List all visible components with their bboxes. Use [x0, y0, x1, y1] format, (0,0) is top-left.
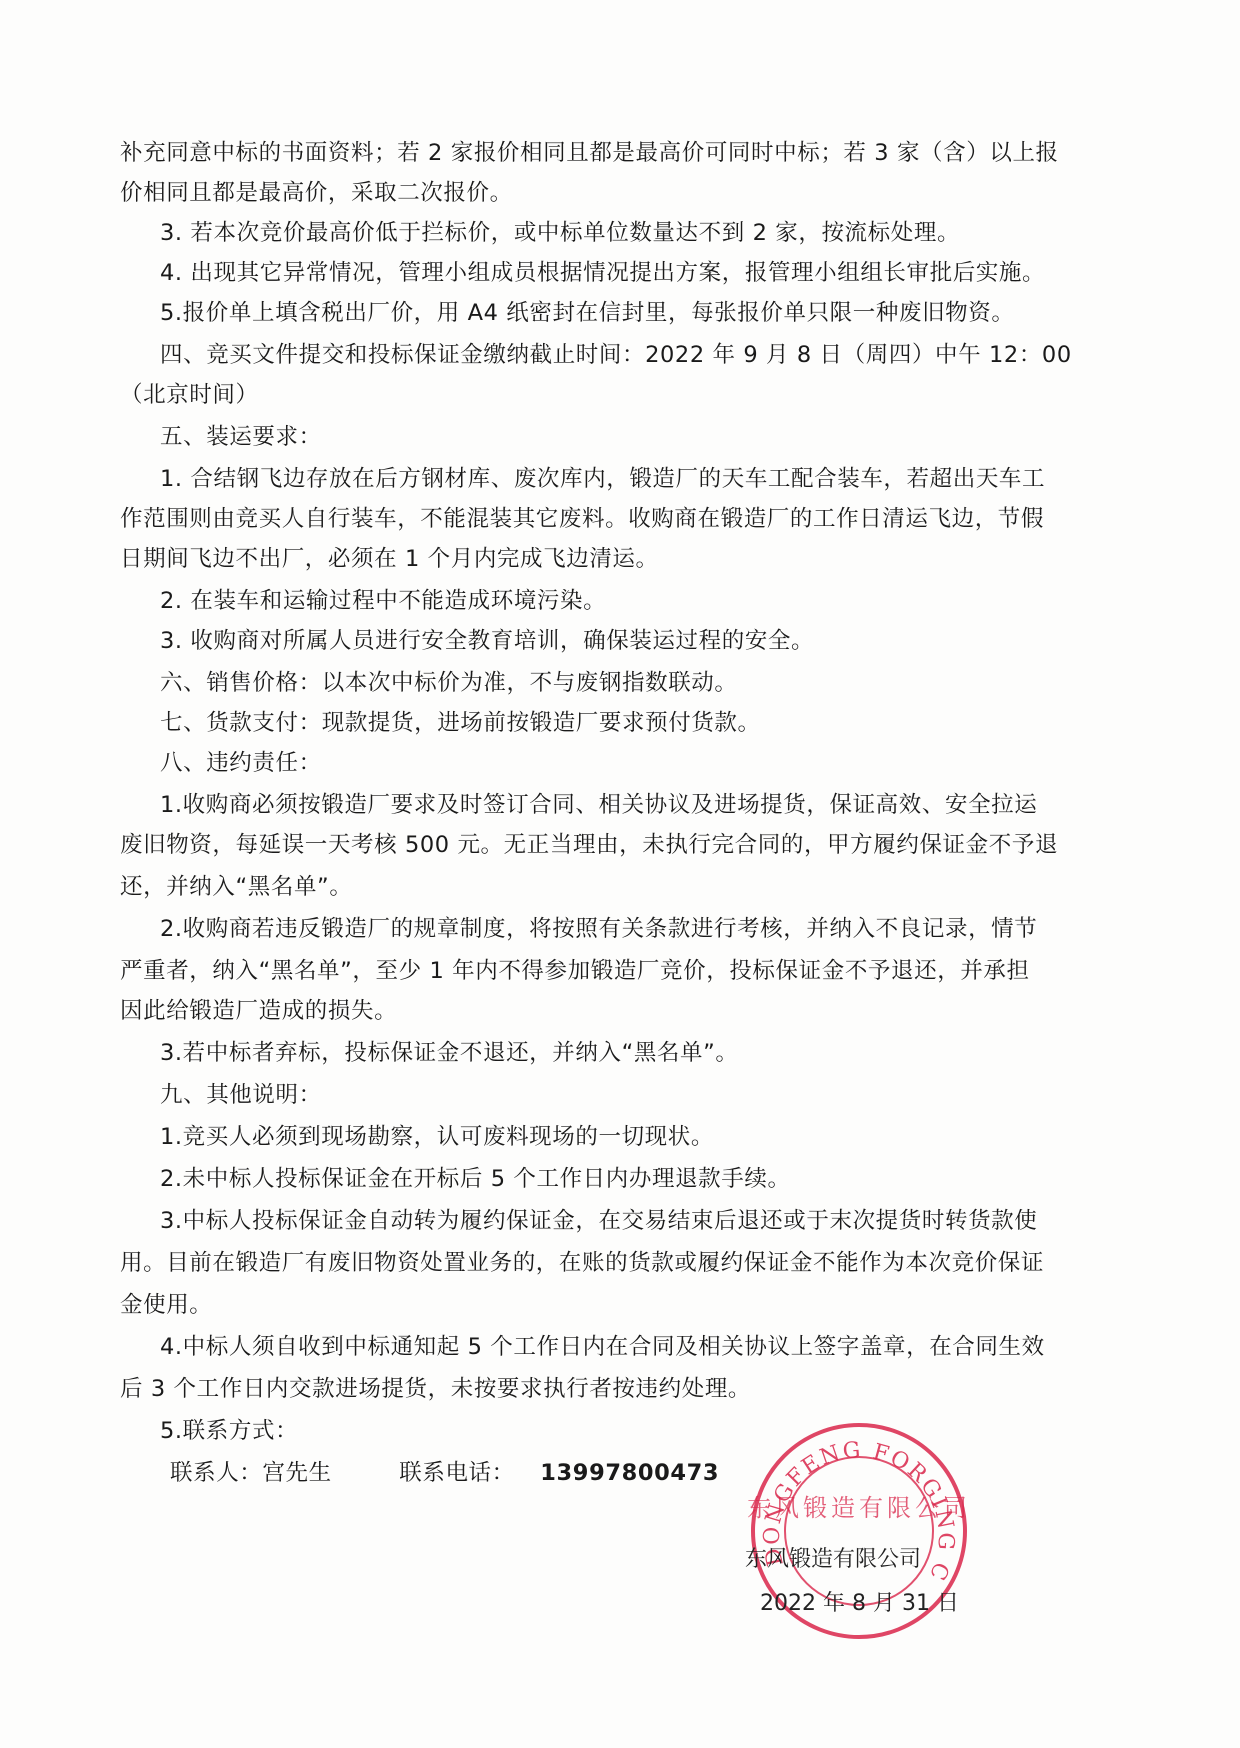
text-line: 日期间飞边不出厂，必须在 1 个月内完成飞边清运。 [120, 544, 659, 574]
text-line: 四、竞买文件提交和投标保证金缴纳截止时间：2022 年 9 月 8 日（周四）中… [160, 340, 1072, 370]
text-line: 2. 在装车和运输过程中不能造成环境污染。 [160, 586, 606, 616]
text-line: 2.未中标人投标保证金在开标后 5 个工作日内办理退款手续。 [160, 1164, 791, 1194]
document-page: 补充同意中标的书面资料；若 2 家报价相同且都是最高价可同时中标；若 3 家（含… [0, 0, 1240, 1748]
text-line: 1.竞买人必须到现场勘察，认可废料现场的一切现状。 [160, 1122, 714, 1152]
text-line: 3.若中标者弃标，投标保证金不退还，并纳入“黑名单”。 [160, 1038, 738, 1068]
text-line: 3. 收购商对所属人员进行安全教育培训，确保装运过程的安全。 [160, 626, 814, 656]
text-line: 1. 合结钢飞边存放在后方钢材库、废次库内，锻造厂的天车工配合装车，若超出天车工 [160, 464, 1045, 494]
text-line: 5.联系方式： [160, 1416, 298, 1446]
text-line: 七、货款支付：现款提货，进场前按锻造厂要求预付货款。 [160, 708, 761, 738]
signature-date: 2022 年 8 月 31 日 [760, 1590, 959, 1618]
text-line: 5.报价单上填含税出厂价，用 A4 纸密封在信封里，每张报价单只限一种废旧物资。 [160, 298, 1014, 328]
text-line: 五、装运要求： [160, 422, 322, 452]
text-line: 1.收购商必须按锻造厂要求及时签订合同、相关协议及进场提货，保证高效、安全拉运 [160, 790, 1037, 820]
text-line: 2.收购商若违反锻造厂的规章制度，将按照有关条款进行考核，并纳入不良记录，情节 [160, 914, 1037, 944]
text-line: 九、其他说明： [160, 1080, 322, 1110]
text-line: 还，并纳入“黑名单”。 [120, 872, 352, 902]
signature-company: 东风锻造有限公司 [745, 1546, 921, 1574]
contact-phone: 13997800473 [540, 1460, 719, 1486]
text-line: 废旧物资，每延误一天考核 500 元。无正当理由，未执行完合同的，甲方履约保证金… [120, 830, 1058, 860]
text-line: 六、销售价格：以本次中标价为准，不与废钢指数联动。 [160, 668, 738, 698]
text-line: 补充同意中标的书面资料；若 2 家报价相同且都是最高价可同时中标；若 3 家（含… [120, 138, 1059, 168]
text-line: 金使用。 [120, 1290, 212, 1320]
stamp-inner-text: 东风锻造有限公司 [748, 1494, 970, 1522]
text-line: 3.中标人投标保证金自动转为履约保证金，在交易结束后退还或于末次提货时转货款使 [160, 1206, 1037, 1236]
text-line: 后 3 个工作日内交款进场提货，未按要求执行者按违约处理。 [120, 1374, 751, 1404]
text-line: （北京时间） [120, 380, 259, 410]
contact-person: 宫先生 [262, 1460, 331, 1486]
text-line: 作范围则由竞买人自行装车，不能混装其它废料。收购商在锻造厂的工作日清运飞边，节假 [120, 504, 1044, 534]
text-line: 4.中标人须自收到中标通知起 5 个工作日内在合同及相关协议上签字盖章，在合同生… [160, 1332, 1045, 1362]
text-line: 3. 若本次竞价最高价低于拦标价，或中标单位数量达不到 2 家，按流标处理。 [160, 218, 960, 248]
contact-line: 联系人：宫先生 联系电话： 13997800473 [170, 1458, 719, 1488]
text-line: 价相同且都是最高价，采取二次报价。 [120, 178, 513, 208]
text-line: 八、违约责任： [160, 748, 322, 778]
contact-phone-label: 联系电话： [399, 1460, 515, 1486]
text-line: 用。目前在锻造厂有废旧物资处置业务的，在账的货款或履约保证金不能作为本次竞价保证 [120, 1248, 1044, 1278]
text-line: 4. 出现其它异常情况，管理小组成员根据情况提出方案，报管理小组组长审批后实施。 [160, 258, 1045, 288]
contact-person-label: 联系人： [170, 1460, 262, 1486]
text-line: 严重者，纳入“黑名单”，至少 1 年内不得参加锻造厂竞价，投标保证金不予退还，并… [120, 956, 1030, 986]
text-line: 因此给锻造厂造成的损失。 [120, 996, 397, 1026]
